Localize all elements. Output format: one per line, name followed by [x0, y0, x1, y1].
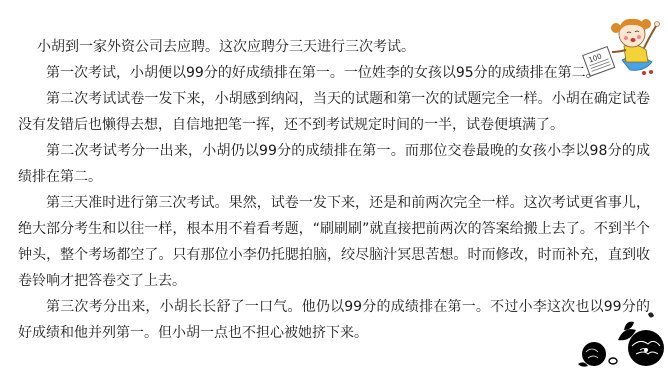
paragraph: 第二次考试试卷一发下来，小胡感到纳闷，当天的试题和第一次的试题完全一样。小胡在确…	[18, 86, 650, 138]
story-text: 小胡到一家外资公司去应聘。这次应聘分三天进行三次考试。 第一次考试，小胡便以99…	[18, 34, 650, 346]
flower-decoration-icon	[560, 300, 668, 376]
paragraph: 第三天准时进行第三次考试。果然，试卷一发下来，还是和前两次完全一样。这次考试更省…	[18, 190, 650, 294]
cartoon-girl-icon: 100	[580, 0, 668, 80]
paragraph: 第二次考试考分一出来，小胡仍以99分的成绩排在第一。而那位交卷最晚的女孩小李以9…	[18, 138, 650, 190]
paragraph: 第三次考分出来，小胡长长舒了一口气。他仍以99分的成绩排在第一。不过小李这次也以…	[18, 294, 650, 346]
paragraph: 小胡到一家外资公司去应聘。这次应聘分三天进行三次考试。	[18, 34, 650, 60]
paragraph: 第一次考试，小胡便以99分的好成绩排在第一。一位姓李的女孩以95分的成绩排在第二…	[18, 60, 650, 86]
